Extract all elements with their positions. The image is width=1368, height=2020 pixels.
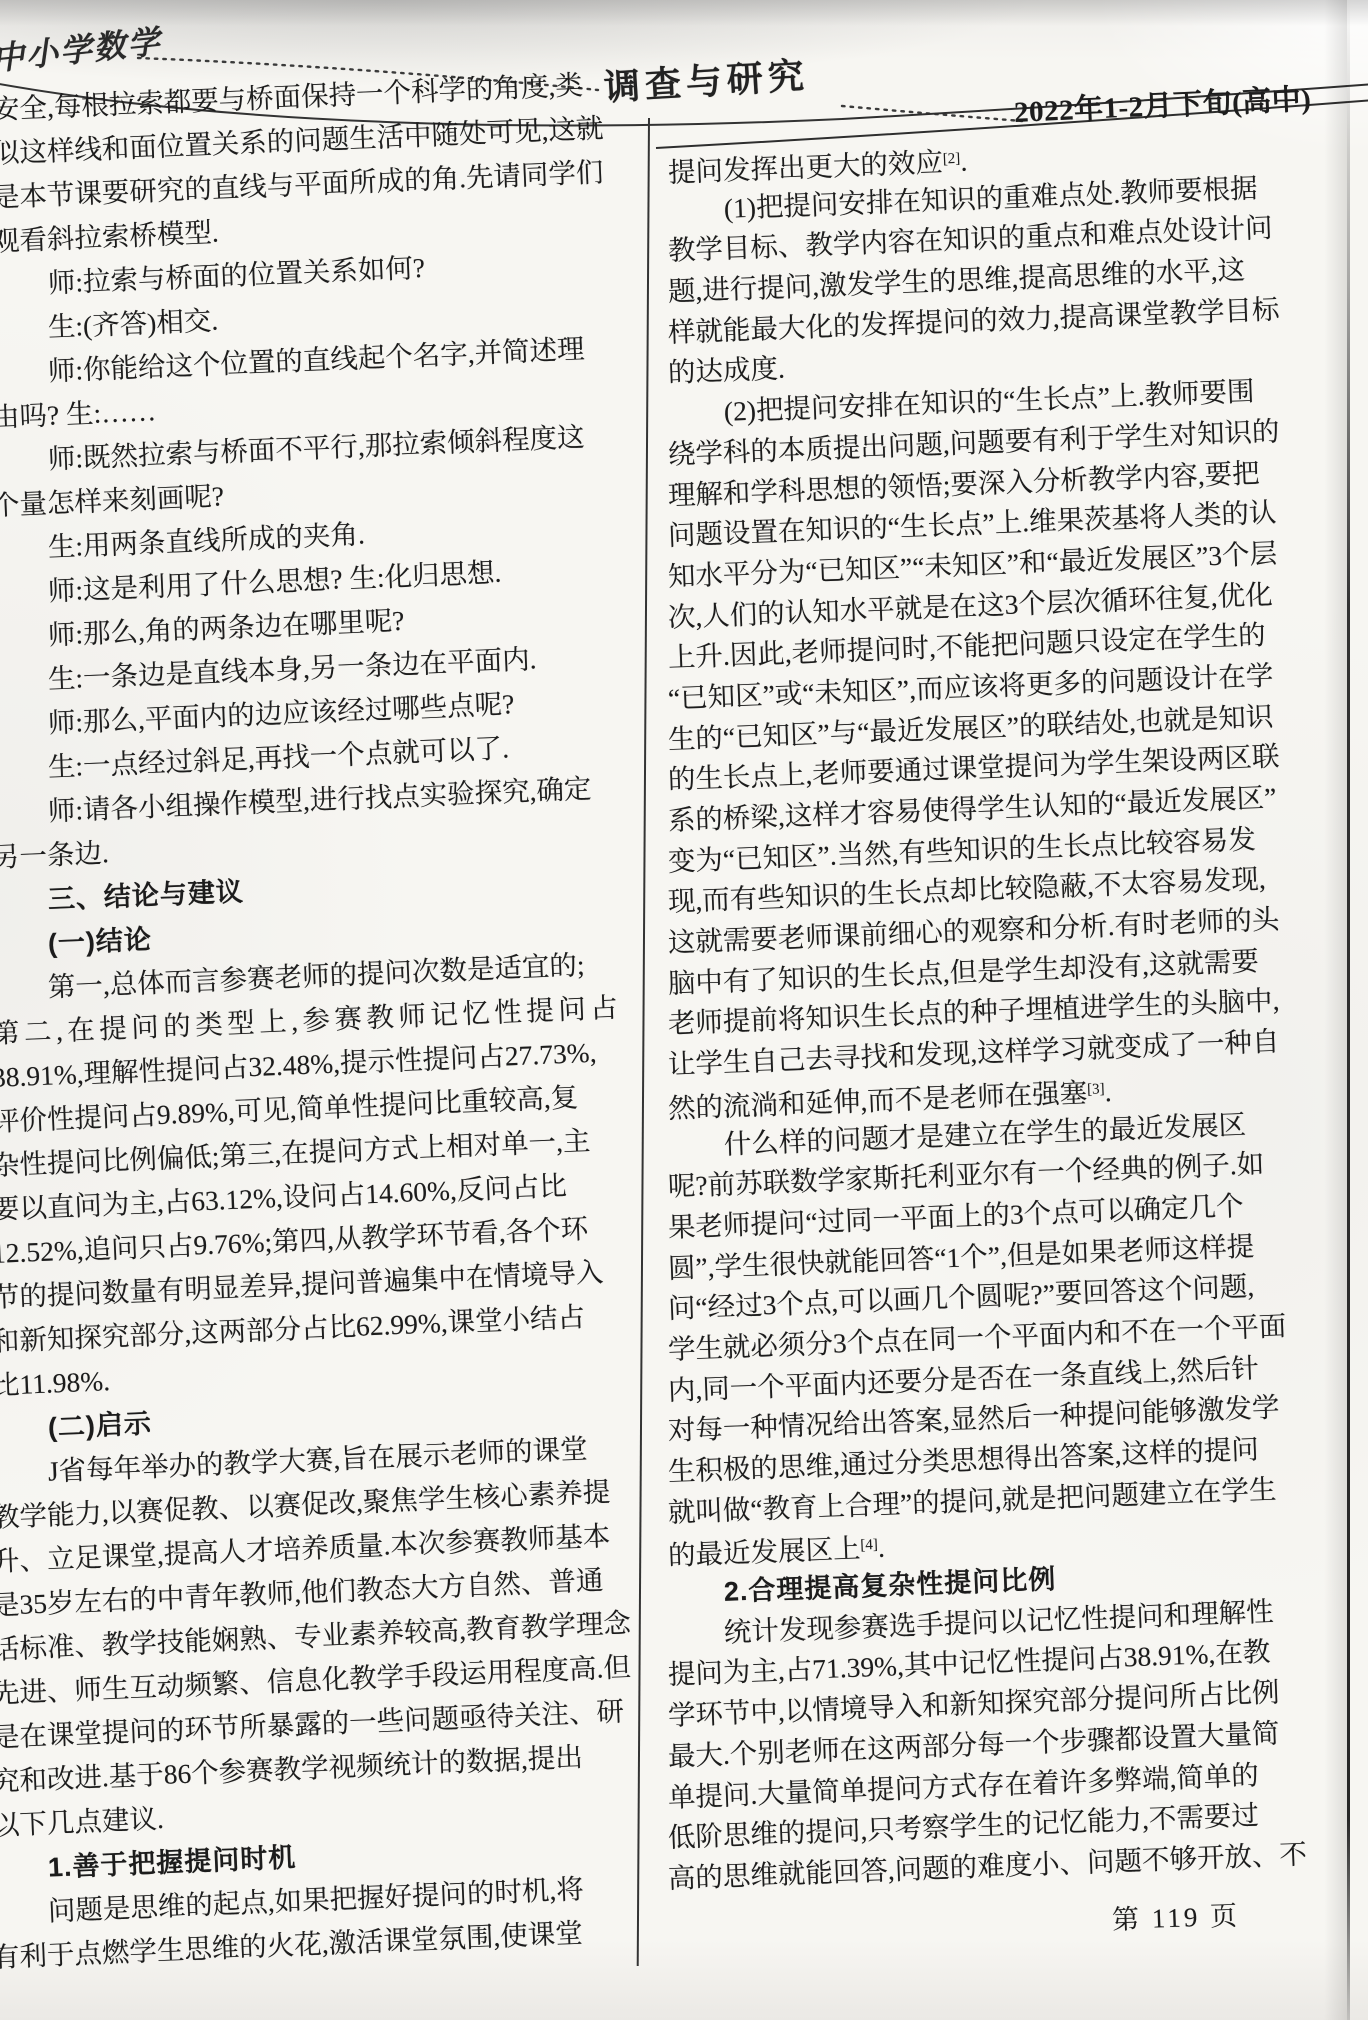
page-edge-shadow xyxy=(1324,0,1347,2020)
left-column: 安全,每根拉索都要与桥面保持一个科学的角度,类似这样线和面位置关系的问题生活中随… xyxy=(0,88,670,1980)
footnote-marker: [3] xyxy=(1087,1081,1105,1098)
right-column: 提问发挥出更大的效应[2].(1)把提问安排在知识的重难点处.教师要根据教学目标… xyxy=(668,150,1358,1900)
text-segment: . xyxy=(1104,1076,1112,1107)
scanned-journal-page: 中小学数学 调查与研究 2022年1-2月下旬(高中) 安全,每根拉索都要与桥面… xyxy=(0,0,1368,2020)
text-segment: . xyxy=(877,1532,885,1563)
page-edge-line xyxy=(1347,0,1350,2020)
text-segment: . xyxy=(960,146,968,177)
footnote-marker: [4] xyxy=(860,1537,878,1554)
page-number: 第 119 页 xyxy=(1111,1894,1240,1937)
text-segment: 的最近发展区上 xyxy=(667,1533,861,1571)
footnote-marker: [2] xyxy=(942,151,960,168)
